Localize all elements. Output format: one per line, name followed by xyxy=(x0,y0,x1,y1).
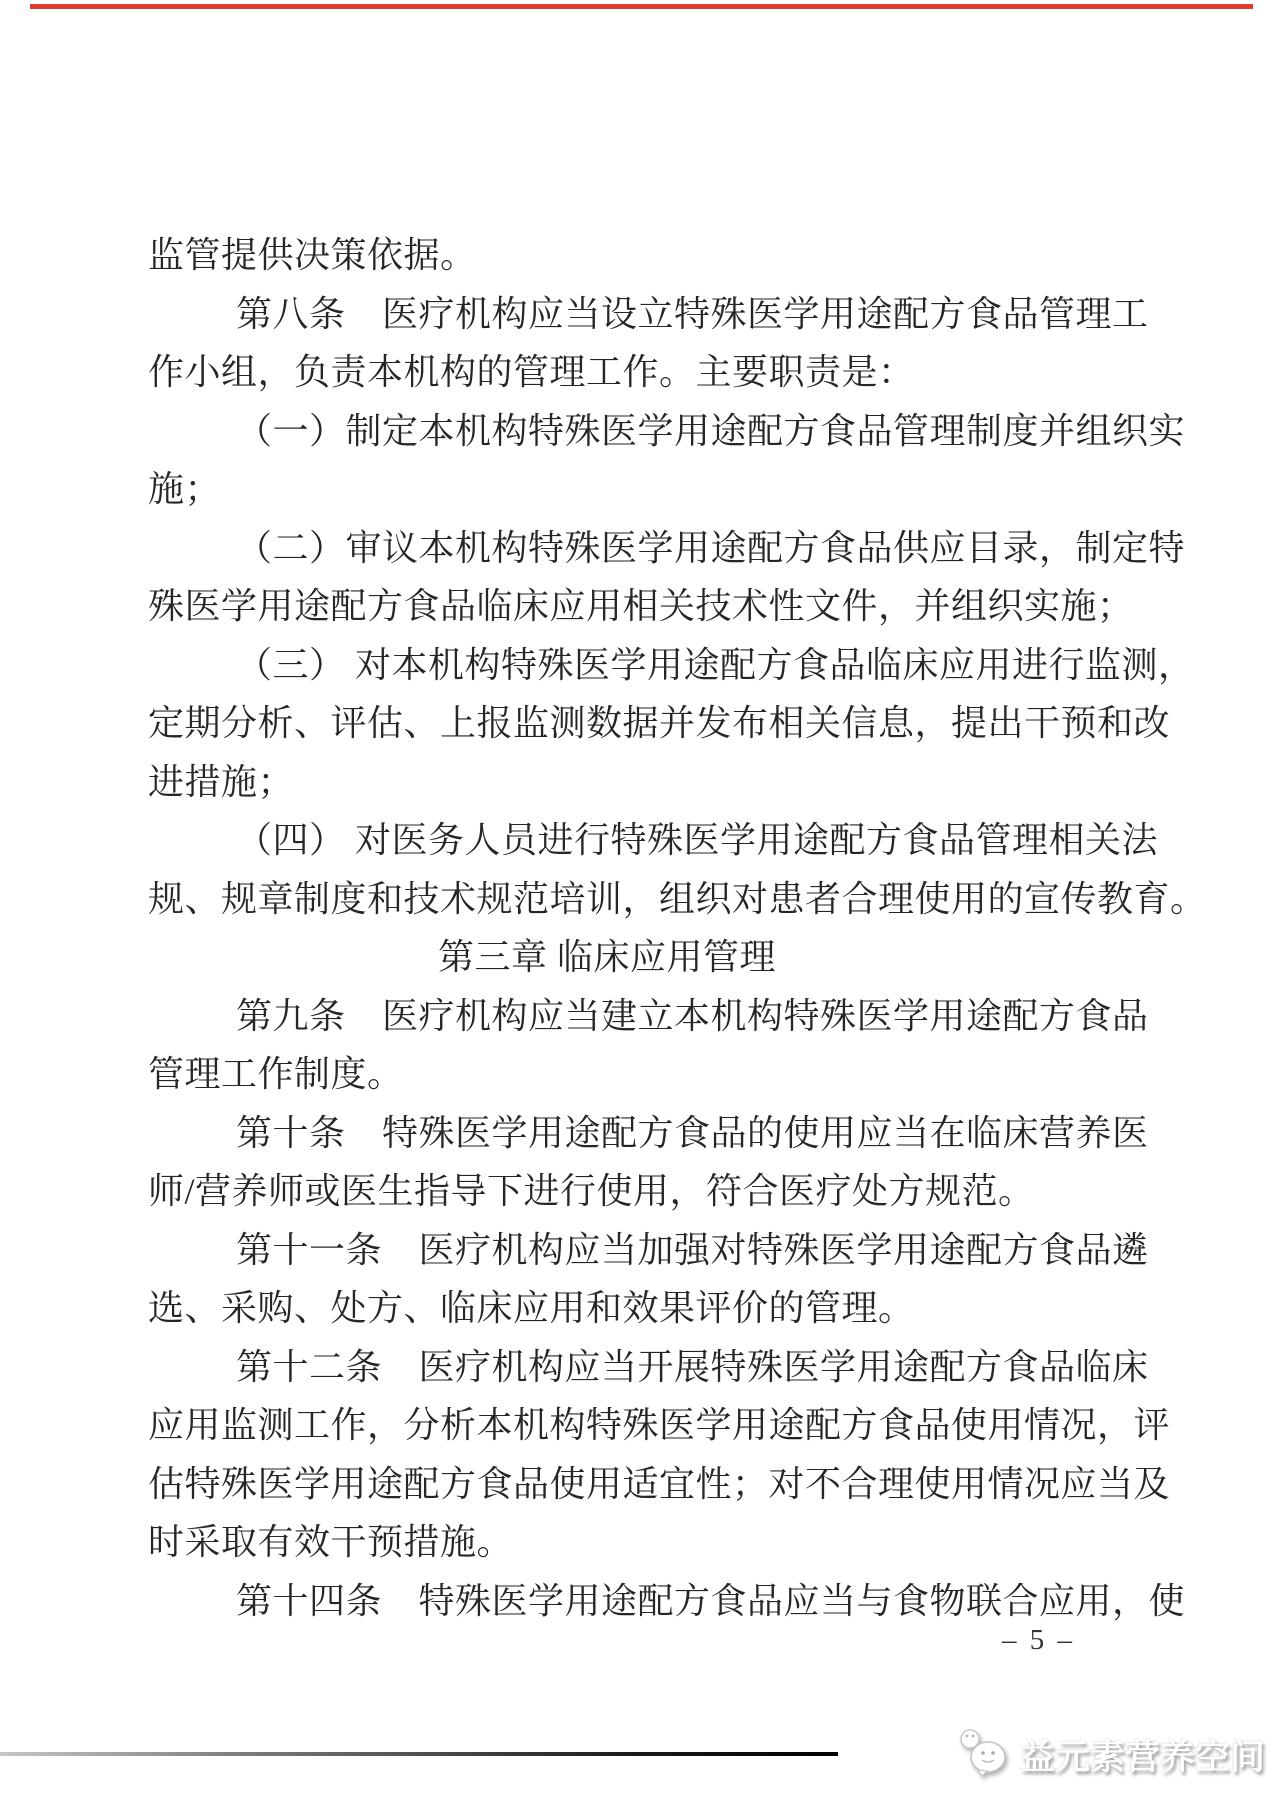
text-line: 第八条 医疗机构应当设立特殊医学用途配方食品管理工 xyxy=(148,285,1140,344)
text-line: 第十一条 医疗机构应当加强对特殊医学用途配方食品遴 xyxy=(148,1221,1140,1280)
text-line: 第九条 医疗机构应当建立本机构特殊医学用途配方食品 xyxy=(148,987,1140,1046)
text-line: （三） 对本机构特殊医学用途配方食品临床应用进行监测， xyxy=(148,636,1140,695)
text-line: 选、采购、处方、临床应用和效果评价的管理。 xyxy=(148,1279,1140,1338)
text-line: 时采取有效干预措施。 xyxy=(148,1513,1140,1572)
document-body: 监管提供决策依据。 第八条 医疗机构应当设立特殊医学用途配方食品管理工 作小组，… xyxy=(148,226,1140,1630)
chick-mascot-icon xyxy=(958,1726,1010,1783)
text-line: 定期分析、评估、上报监测数据并发布相关信息，提出干预和改 xyxy=(148,694,1140,753)
text-line: 估特殊医学用途配方食品使用适宜性；对不合理使用情况应当及 xyxy=(148,1455,1140,1514)
top-red-rule xyxy=(30,4,1253,9)
text-line: 作小组，负责本机构的管理工作。主要职责是： xyxy=(148,343,1140,402)
text-line: 管理工作制度。 xyxy=(148,1045,1140,1104)
text-line: （一）制定本机构特殊医学用途配方食品管理制度并组织实 xyxy=(148,402,1140,461)
footer-brand: 益元素营养空间 xyxy=(958,1726,1265,1783)
text-line: 施； xyxy=(148,460,1140,519)
text-line: 进措施； xyxy=(148,753,1140,812)
text-line: 殊医学用途配方食品临床应用相关技术性文件，并组织实施； xyxy=(148,577,1140,636)
text-line: （四） 对医务人员进行特殊医学用途配方食品管理相关法 xyxy=(148,811,1140,870)
text-line: 第十四条 特殊医学用途配方食品应当与食物联合应用，使 xyxy=(148,1572,1140,1631)
footer-brand-text: 益元素营养空间 xyxy=(1020,1730,1265,1780)
text-line: 第十二条 医疗机构应当开展特殊医学用途配方食品临床 xyxy=(148,1338,1140,1397)
text-line: 监管提供决策依据。 xyxy=(148,226,1140,285)
text-line: 第十条 特殊医学用途配方食品的使用应当在临床营养医 xyxy=(148,1104,1140,1163)
page-number: – 5 – xyxy=(1002,1622,1075,1658)
document-page: 监管提供决策依据。 第八条 医疗机构应当设立特殊医学用途配方食品管理工 作小组，… xyxy=(0,0,1280,1811)
text-line: 规、规章制度和技术规范培训，组织对患者合理使用的宣传教育。 xyxy=(148,870,1140,929)
footer-divider-line xyxy=(0,1752,838,1756)
chapter-heading: 第三章 临床应用管理 xyxy=(148,928,1140,987)
text-line: 师/营养师或医生指导下进行使用，符合医疗处方规范。 xyxy=(148,1162,1140,1221)
text-line: 应用监测工作，分析本机构特殊医学用途配方食品使用情况，评 xyxy=(148,1396,1140,1455)
text-line: （二）审议本机构特殊医学用途配方食品供应目录，制定特 xyxy=(148,519,1140,578)
